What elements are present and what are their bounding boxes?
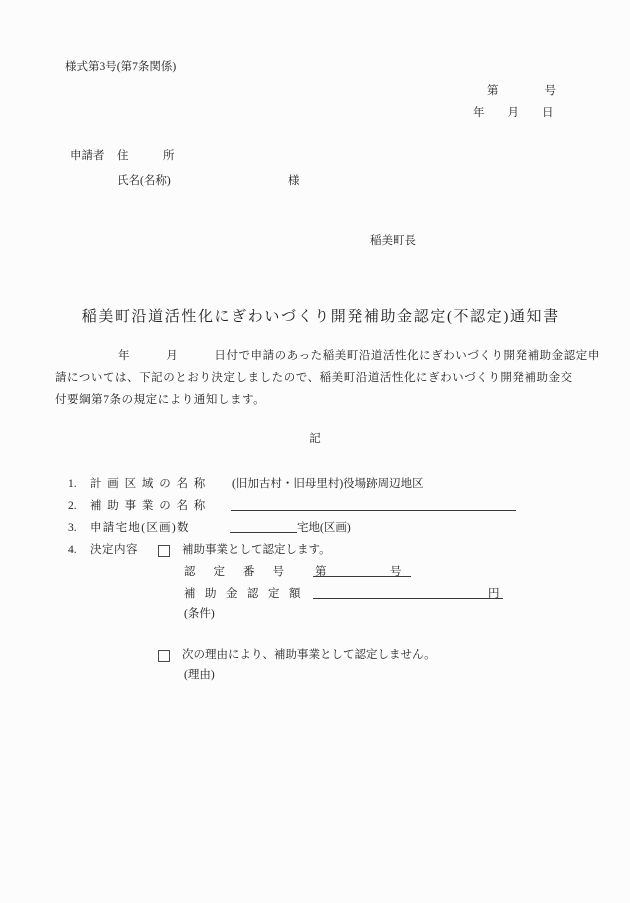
item-1-value: (旧加古村・旧母里村)役場跡周辺地区 bbox=[232, 477, 424, 491]
amount-blank-line bbox=[313, 598, 503, 599]
notification-document-page: 様式第3号(第7条関係) 第 号 年 月 日 申請者 住 所 氏名(名称) 様 … bbox=[0, 0, 630, 903]
reject-checkbox[interactable] bbox=[158, 650, 170, 662]
cert-number-blank-line bbox=[313, 576, 411, 577]
sender-name: 稲美町長 bbox=[370, 234, 416, 248]
body-line-2: 請については、下記のとおり決定しましたので、稲美町沿道活性化にぎわいづくり開発補… bbox=[55, 371, 573, 385]
applicant-label: 申請者 bbox=[70, 149, 105, 163]
item-3-blank-line bbox=[230, 532, 297, 533]
record-mark: 記 bbox=[0, 432, 630, 446]
doc-number-line: 第 号 bbox=[487, 84, 556, 98]
item-4-number: 4. bbox=[68, 543, 77, 557]
document-title-text: 稲美町沿道活性化にぎわいづくり開発補助金認定(不認定)通知書 bbox=[82, 309, 560, 325]
item-1-label: 計画区域の名称 bbox=[90, 477, 211, 491]
approve-checkbox[interactable] bbox=[158, 545, 170, 557]
date-line: 年 月 日 bbox=[473, 106, 554, 120]
item-1-number: 1. bbox=[68, 477, 77, 491]
item-4-label: 決定内容 bbox=[90, 543, 138, 557]
condition-label: (条件) bbox=[184, 607, 215, 621]
applicant-name-label: 氏名(名称) bbox=[117, 174, 171, 188]
item-2-blank-line bbox=[231, 510, 516, 511]
reason-label: (理由) bbox=[184, 668, 215, 682]
item-3-label: 申請宅地(区画)数 bbox=[90, 521, 190, 535]
item-3-number: 3. bbox=[68, 521, 77, 535]
amount-label: 補助金認定額 bbox=[184, 587, 310, 601]
cert-number-label: 認定番号 bbox=[184, 565, 302, 579]
body-line-1: 年 月 日付で申請のあった稲美町沿道活性化にぎわいづくり開発補助金認定申 bbox=[118, 349, 600, 363]
item-2-label: 補助事業の名称 bbox=[90, 499, 211, 513]
form-number-label: 様式第3号(第7条関係) bbox=[65, 60, 176, 74]
reject-option-label: 次の理由により、補助事業として認定しません。 bbox=[182, 648, 436, 662]
item-3-unit-label: 宅地(区画) bbox=[297, 521, 351, 535]
item-2-number: 2. bbox=[68, 499, 77, 513]
body-line-3: 付要綱第7条の規定により通知します。 bbox=[55, 393, 265, 407]
approve-option-label: 補助事業として認定します。 bbox=[182, 543, 331, 557]
document-title: 稲美町沿道活性化にぎわいづくり開発補助金認定(不認定)通知書 bbox=[0, 296, 630, 339]
honorific-label: 様 bbox=[288, 174, 300, 188]
applicant-address-label: 住 所 bbox=[117, 149, 175, 163]
